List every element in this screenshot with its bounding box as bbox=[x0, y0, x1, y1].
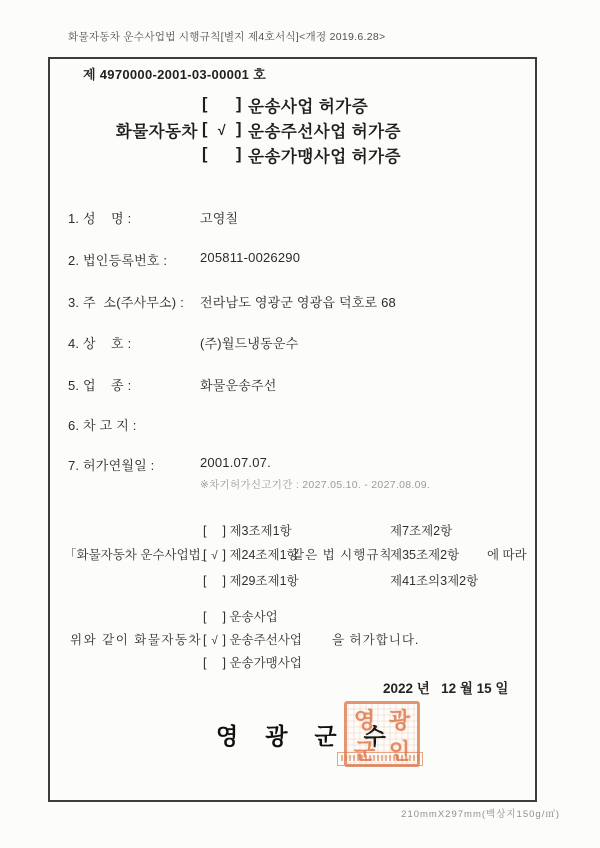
grant-suffix: 을 허가합니다. bbox=[332, 630, 419, 648]
checkbox-grant-brokerage: [√] 운송주선사업 bbox=[203, 630, 302, 648]
checkbox-mark-checked: √ bbox=[208, 122, 236, 138]
issue-date: 2022 년 12 월 15 일 bbox=[383, 677, 508, 697]
title-label: 운송가맹사업 허가증 bbox=[248, 143, 401, 167]
title-block: [] 운송사업 허가증 화물자동차 [√] 운송주선사업 허가증 [] 운송가맹… bbox=[110, 92, 490, 167]
grant-row-franchise: [] 운송가맹사업 bbox=[0, 653, 600, 669]
secondary-stamp bbox=[337, 752, 423, 766]
article-label: 제29조제1항 bbox=[229, 574, 298, 588]
field-permit-date: 7. 허가연월일 : 2001.07.07. bbox=[68, 455, 538, 472]
permit-document-page: 화물자동차 운수사업법 시행규칙[별지 제4호서식]<개정 2019.6.28>… bbox=[0, 0, 600, 848]
field-business-type: 5. 업 종 : 화물운송주선 bbox=[68, 375, 538, 392]
secondary-stamp-text bbox=[341, 755, 419, 761]
clause-row-3: [] 제29조제1항 제41조의3제2항 bbox=[0, 571, 600, 587]
title-row-franchise: [] 운송가맹사업 허가증 bbox=[110, 142, 490, 167]
renewal-period-note: ※차기허가신고기간 : 2027.05.10. - 2027.08.09. bbox=[200, 477, 430, 492]
rule-article-label: 제35조제2항 bbox=[390, 545, 459, 563]
rule-article-label: 제7조제2항 bbox=[390, 521, 452, 539]
seal-char: 영 bbox=[347, 704, 382, 735]
grant-row-transport: [] 운송사업 bbox=[0, 607, 600, 623]
field-garage: 6. 차 고 지 : bbox=[68, 415, 538, 432]
paper-spec-note: 210mmX297mm(백상지150g/㎡) bbox=[330, 806, 560, 820]
field-label: 3. 주 소(주사무소) : bbox=[68, 292, 184, 311]
checkbox-mark-checked: √ bbox=[206, 550, 222, 562]
title-row-transport: [] 운송사업 허가증 bbox=[110, 92, 490, 117]
seal-char: 광 bbox=[382, 704, 417, 735]
checkbox-grant-transport: [] 운송사업 bbox=[203, 607, 278, 625]
field-label: 2. 법인등록번호 : bbox=[68, 250, 167, 269]
checkbox-article-29: [] 제29조제1항 bbox=[203, 571, 299, 589]
checkbox-article-3: [] 제3조제1항 bbox=[203, 521, 292, 539]
title-label: 운송주선사업 허가증 bbox=[248, 118, 401, 142]
grant-label: 운송주선사업 bbox=[229, 633, 301, 647]
field-company-name: 4. 상 호 : (주)월드냉동운수 bbox=[68, 333, 538, 350]
checkbox-mark-checked: √ bbox=[206, 635, 222, 647]
grant-label: 운송가맹사업 bbox=[229, 656, 301, 670]
field-name: 1. 성 명 : 고영칠 bbox=[68, 208, 538, 225]
article-label: 제3조제1항 bbox=[229, 524, 291, 538]
grant-row-brokerage: [√] 운송주선사업 을 허가합니다. bbox=[0, 630, 600, 646]
title-label: 운송사업 허가증 bbox=[248, 93, 368, 117]
clause-row-1: [] 제3조제1항 제7조제2항 bbox=[0, 521, 600, 537]
field-value: 205811-0026290 bbox=[200, 250, 300, 265]
grant-label: 운송사업 bbox=[229, 610, 277, 624]
rule-article-label: 제41조의3제2항 bbox=[390, 571, 478, 589]
field-value: 2001.07.07. bbox=[200, 455, 271, 470]
checkbox-grant-franchise: [] 운송가맹사업 bbox=[203, 653, 302, 671]
mid-text: 같은 법 시행규칙 bbox=[292, 545, 392, 563]
field-value: 고영칠 bbox=[200, 208, 238, 227]
field-label: 4. 상 호 : bbox=[68, 333, 131, 352]
field-label: 5. 업 종 : bbox=[68, 375, 131, 394]
checkbox-franchise-business: [] bbox=[202, 145, 242, 164]
checkbox-brokerage-business: [√] bbox=[202, 120, 242, 139]
field-value: (주)월드냉동운수 bbox=[200, 333, 298, 352]
field-address: 3. 주 소(주사무소) : 전라남도 영광군 영광읍 덕호로 68 bbox=[68, 292, 538, 309]
checkbox-transport-business: [] bbox=[202, 95, 242, 114]
title-row-brokerage: 화물자동차 [√] 운송주선사업 허가증 bbox=[110, 117, 490, 142]
form-regulation-note: 화물자동차 운수사업법 시행규칙[별지 제4호서식]<개정 2019.6.28> bbox=[68, 29, 385, 44]
clause-row-2: [√] 제24조제1항 같은 법 시행규칙 제35조제2항 에 따라 bbox=[0, 545, 600, 561]
article-label: 제24조제1항 bbox=[229, 548, 298, 562]
field-label: 7. 허가연월일 : bbox=[68, 455, 154, 474]
field-label: 1. 성 명 : bbox=[68, 208, 131, 227]
field-corp-reg-number: 2. 법인등록번호 : 205811-0026290 bbox=[68, 250, 538, 267]
title-prefix: 화물자동차 bbox=[110, 118, 198, 142]
clause-suffix: 에 따라 bbox=[487, 545, 527, 563]
field-value: 화물운송주선 bbox=[200, 375, 277, 394]
checkbox-article-24: [√] 제24조제1항 bbox=[203, 545, 299, 563]
document-number: 제 4970000-2001-03-00001 호 bbox=[83, 64, 266, 83]
field-label: 6. 차 고 지 : bbox=[68, 415, 137, 434]
field-value: 전라남도 영광군 영광읍 덕호로 68 bbox=[200, 292, 396, 311]
